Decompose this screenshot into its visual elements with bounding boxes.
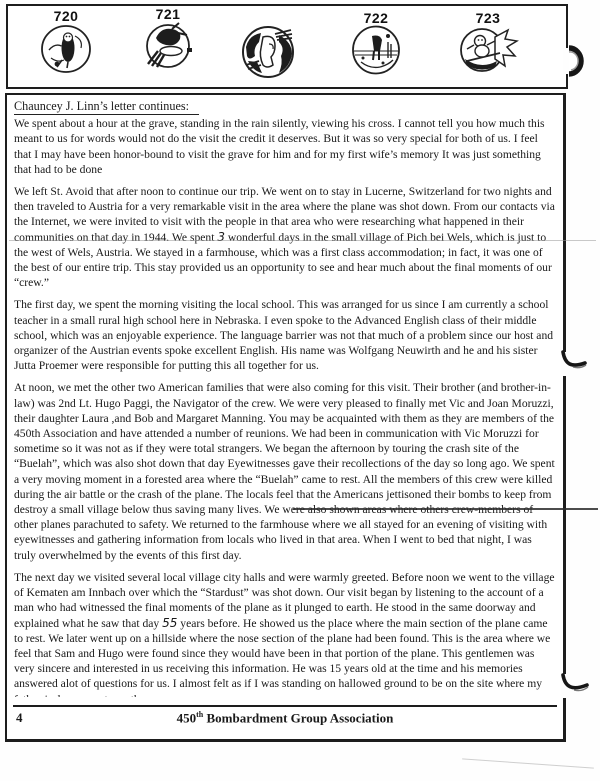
squadron-emblem-plate: 720 721 xyxy=(6,4,568,89)
binding-curl-icon xyxy=(559,350,591,378)
letter-paragraph: At noon, we met the other two American f… xyxy=(14,380,556,562)
letter-paragraph: The first day, we spent the morning visi… xyxy=(14,297,556,373)
emblem-block-720: 720 xyxy=(32,9,100,75)
squadron-number-label: 722 xyxy=(344,11,408,25)
scanned-newsletter-page: 720 721 xyxy=(0,0,600,781)
binding-curl-icon xyxy=(559,672,593,700)
squadron-number-label: 720 xyxy=(32,9,100,23)
letter-heading: Chauncey J. Linn’s letter continues: xyxy=(14,99,199,115)
scan-smudge-artifact xyxy=(462,758,594,768)
page-footer: 4 450th Bombardment Group Association xyxy=(13,705,557,728)
squadron-722-emblem-icon xyxy=(350,25,402,75)
emblem-block-group xyxy=(238,26,298,78)
letter-body: Chauncey J. Linn’s letter continues: We … xyxy=(14,99,556,697)
squadron-number-label: 721 xyxy=(134,7,202,21)
emblem-block-722: 722 xyxy=(344,11,408,75)
squadron-720-emblem-icon xyxy=(37,23,95,75)
scan-line-artifact xyxy=(9,240,596,241)
squadron-723-emblem-icon xyxy=(457,25,519,75)
letter-text-box: Chauncey J. Linn’s letter continues: We … xyxy=(5,93,566,742)
emblem-block-723: 723 xyxy=(454,11,522,75)
group-globe-emblem-icon xyxy=(239,26,297,78)
association-title: 450th Bombardment Group Association xyxy=(13,710,557,726)
letter-paragraph: We spent about a hour at the grave, stan… xyxy=(14,116,556,177)
letter-paragraph: The next day we visited several local vi… xyxy=(14,570,556,697)
squadron-number-label: 723 xyxy=(454,11,522,25)
squadron-721-emblem-icon xyxy=(142,21,194,71)
emblem-block-721: 721 xyxy=(134,7,202,71)
scan-strike-artifact xyxy=(293,508,598,510)
binding-curl-icon xyxy=(563,44,593,78)
letter-paragraph: We left St. Avoid that after noon to con… xyxy=(14,184,556,290)
